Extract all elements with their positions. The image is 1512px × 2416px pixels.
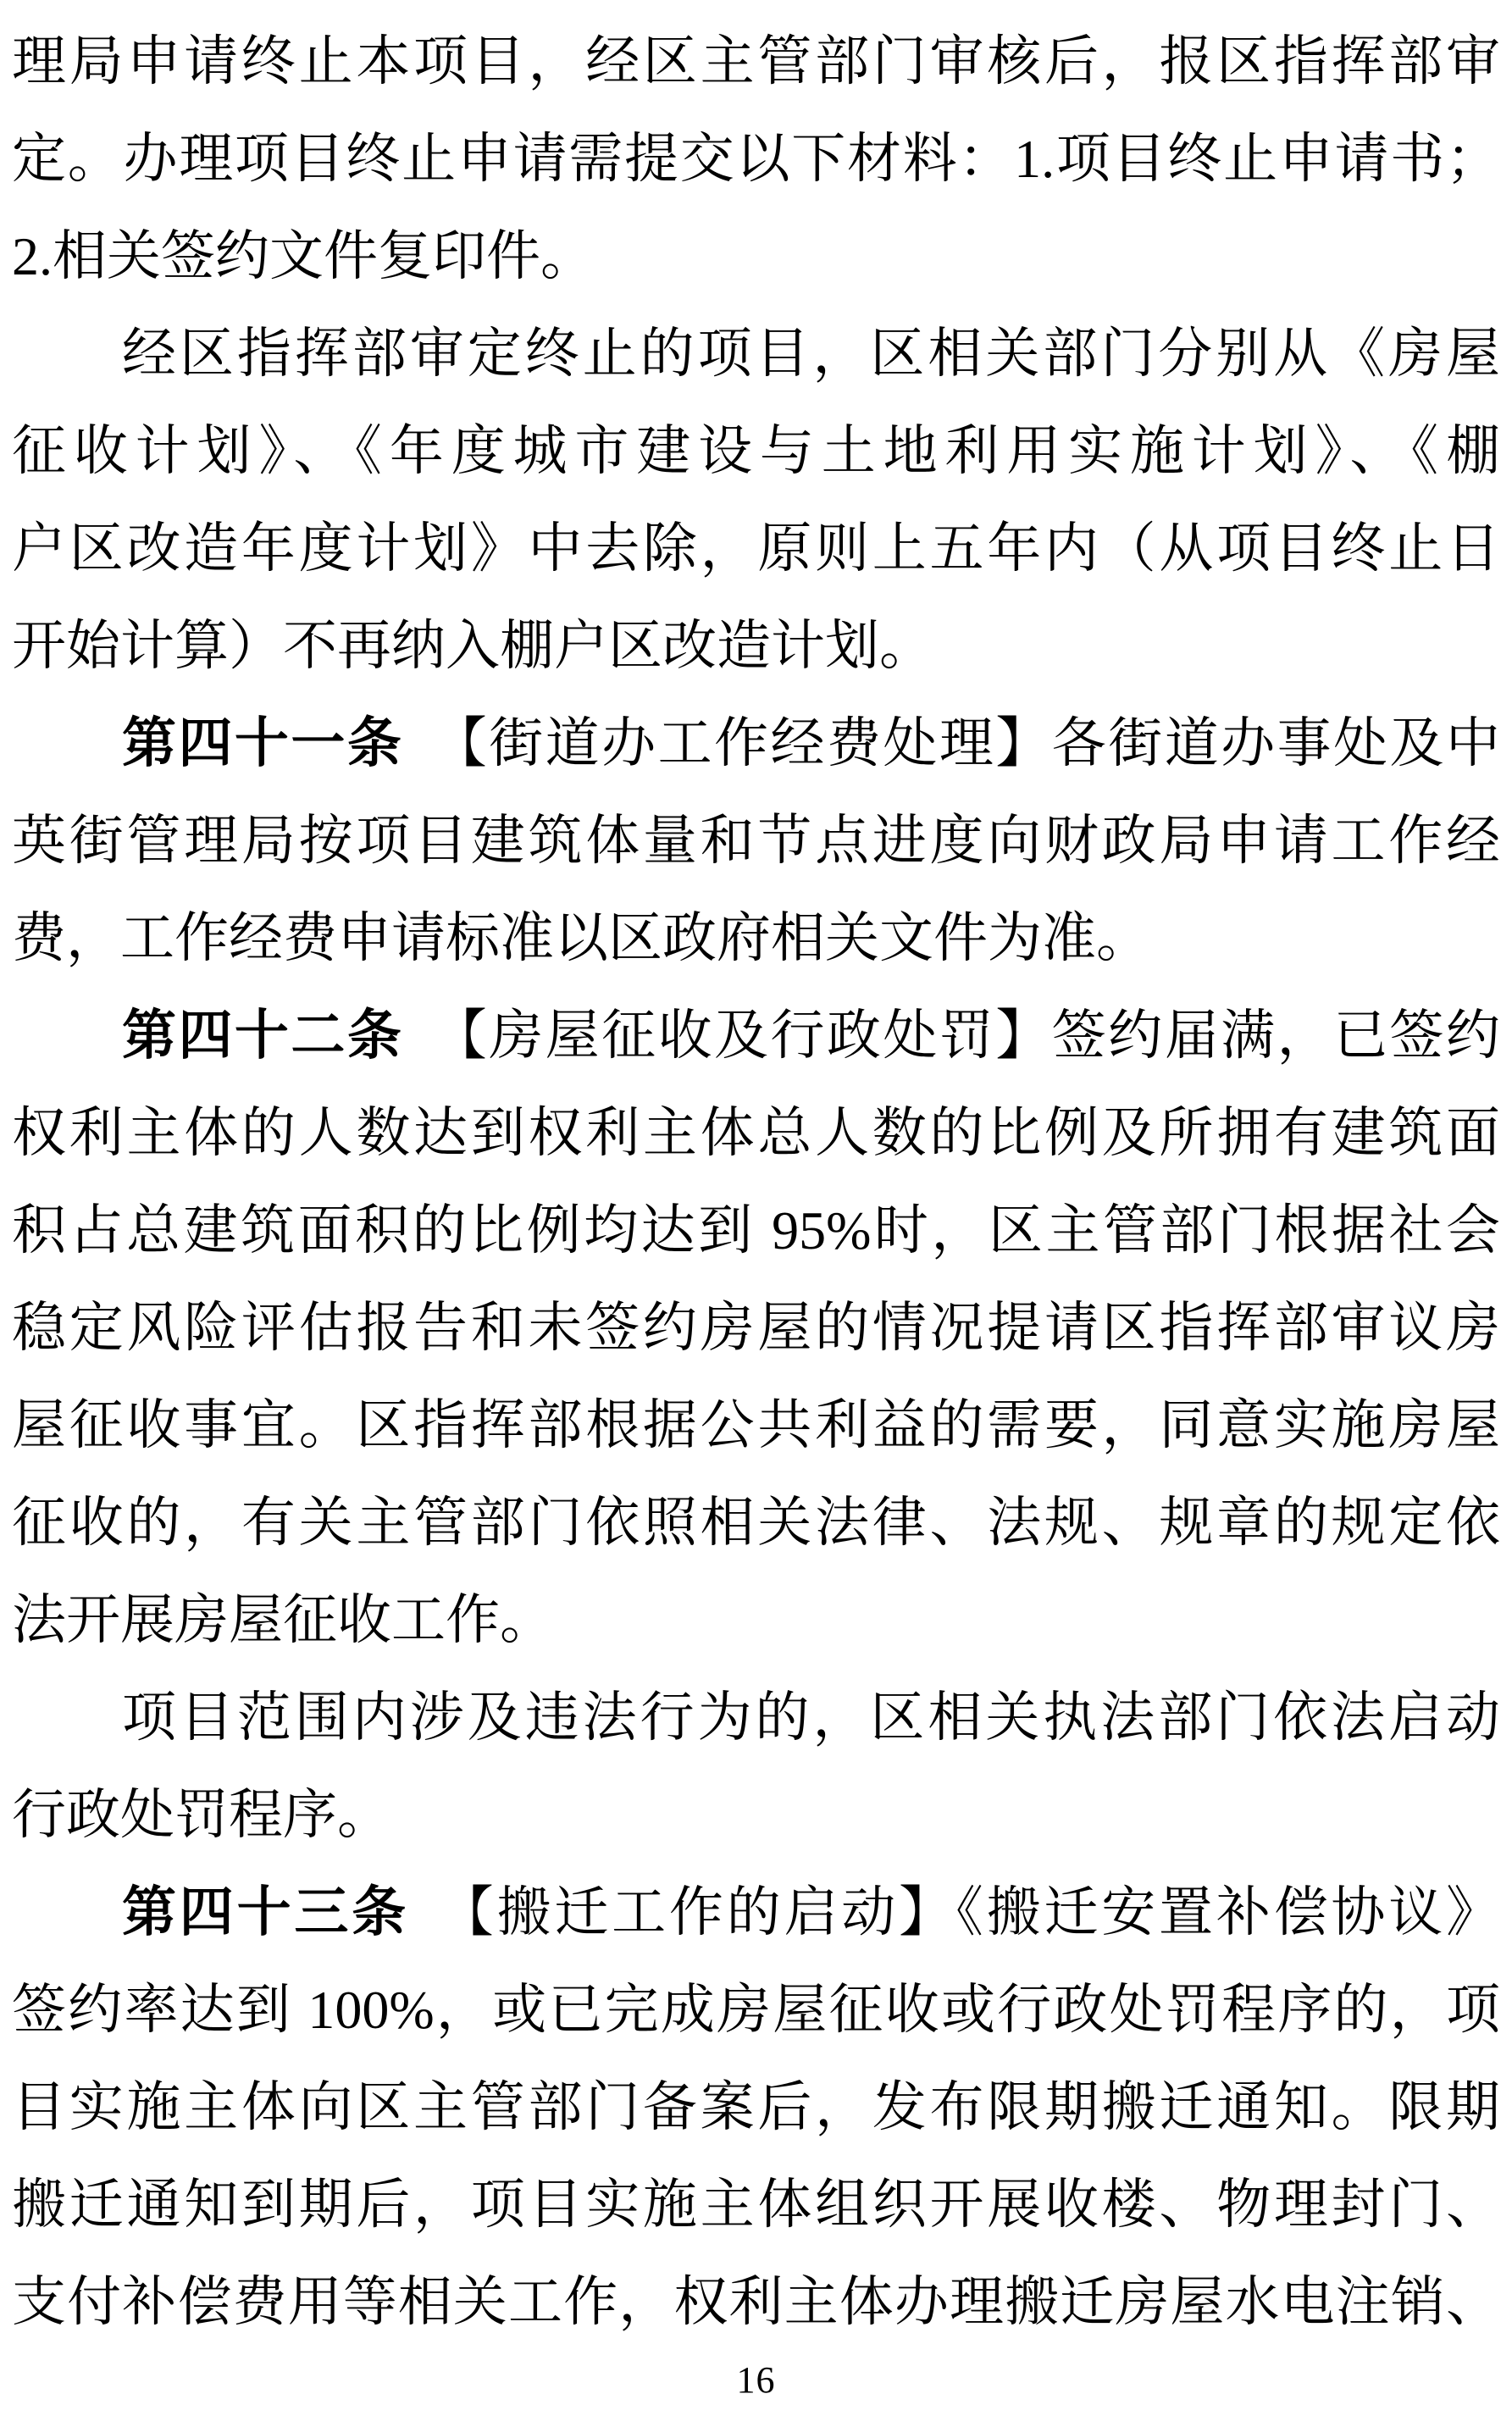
text-segment: 定。办理项目终止申请需提交以下材料：1.项目终止申请书； xyxy=(12,129,1500,189)
text-segment: 【房屋征收及行政处罚】签约届满，已签约 xyxy=(403,1006,1500,1066)
page-number: 16 xyxy=(12,2351,1500,2416)
text-line: 户区改造年度计划》中去除，原则上五年内（从项目终止日 xyxy=(12,500,1500,597)
text-segment: 英街管理局按项目建筑体量和节点进度向财政局申请工作经 xyxy=(12,811,1500,871)
text-segment: 经区指挥部审定终止的项目，区相关部门分别从《房屋 xyxy=(122,324,1500,384)
article-number: 第四十三条 xyxy=(122,1882,409,1942)
text-segment: 【搬迁工作的启动】《搬迁安置补偿协议》 xyxy=(409,1882,1500,1942)
text-segment: 目实施主体向区主管部门备案后，发布限期搬迁通知。限期 xyxy=(12,2077,1500,2137)
text-line: 征收的，有关主管部门依照相关法律、法规、规章的规定依 xyxy=(12,1474,1500,1571)
article-number: 第四十一条 xyxy=(122,713,403,773)
text-line: 费，工作经费申请标准以区政府相关文件为准。 xyxy=(12,889,1500,987)
text-line: 签约率达到 100%，或已完成房屋征收或行政处罚程序的，项 xyxy=(12,1961,1500,2059)
text-line: 屋征收事宜。区指挥部根据公共利益的需要，同意实施房屋 xyxy=(12,1377,1500,1474)
text-line: 法开展房屋征收工作。 xyxy=(12,1571,1500,1669)
text-segment: 2.相关签约文件复印件。 xyxy=(12,226,595,286)
text-segment: 理局申请终止本项目，经区主管部门审核后，报区指挥部审 xyxy=(12,31,1500,91)
text-line: 搬迁通知到期后，项目实施主体组织开展收楼、物理封门、 xyxy=(12,2156,1500,2253)
text-segment: 户区改造年度计划》中去除，原则上五年内（从项目终止日 xyxy=(12,518,1500,579)
text-segment: 征收的，有关主管部门依照相关法律、法规、规章的规定依 xyxy=(12,1493,1500,1553)
text-segment: 积占总建筑面积的比例均达到 95%时，区主管部门根据社会 xyxy=(12,1200,1500,1261)
text-segment: 【街道办工作经费处理】各街道办事处及中 xyxy=(403,713,1500,773)
text-line: 开始计算）不再纳入棚户区改造计划。 xyxy=(12,597,1500,695)
text-line: 第四十二条 【房屋征收及行政处罚】签约届满，已签约 xyxy=(12,987,1500,1084)
text-line: 英街管理局按项目建筑体量和节点进度向财政局申请工作经 xyxy=(12,792,1500,889)
text-line: 定。办理项目终止申请需提交以下材料：1.项目终止申请书； xyxy=(12,110,1500,208)
text-line: 征收计划》、《年度城市建设与土地利用实施计划》、《棚 xyxy=(12,402,1500,500)
text-segment: 征收计划》、《年度城市建设与土地利用实施计划》、《棚 xyxy=(12,421,1500,481)
text-segment: 支付补偿费用等相关工作，权利主体办理搬迁房屋水电注销、 xyxy=(12,2272,1500,2332)
text-segment: 费，工作经费申请标准以区政府相关文件为准。 xyxy=(12,908,1150,968)
text-line: 第四十三条 【搬迁工作的启动】《搬迁安置补偿协议》 xyxy=(12,1864,1500,1961)
text-line: 支付补偿费用等相关工作，权利主体办理搬迁房屋水电注销、 xyxy=(12,2253,1500,2351)
text-line: 项目范围内涉及违法行为的，区相关执法部门依法启动 xyxy=(12,1669,1500,1766)
text-line: 理局申请终止本项目，经区主管部门审核后，报区指挥部审 xyxy=(12,13,1500,110)
text-line: 行政处罚程序。 xyxy=(12,1766,1500,1864)
text-segment: 法开展房屋征收工作。 xyxy=(12,1590,554,1650)
text-line: 目实施主体向区主管部门备案后，发布限期搬迁通知。限期 xyxy=(12,2059,1500,2156)
text-segment: 稳定风险评估报告和未签约房屋的情况提请区指挥部审议房 xyxy=(12,1298,1500,1358)
document-page: 理局申请终止本项目，经区主管部门审核后，报区指挥部审定。办理项目终止申请需提交以… xyxy=(0,0,1512,2416)
article-number: 第四十二条 xyxy=(122,1006,403,1066)
text-line: 积占总建筑面积的比例均达到 95%时，区主管部门根据社会 xyxy=(12,1182,1500,1279)
text-segment: 开始计算）不再纳入棚户区改造计划。 xyxy=(12,616,933,676)
text-segment: 搬迁通知到期后，项目实施主体组织开展收楼、物理封门、 xyxy=(12,2175,1500,2235)
text-line: 权利主体的人数达到权利主体总人数的比例及所拥有建筑面 xyxy=(12,1084,1500,1182)
text-segment: 行政处罚程序。 xyxy=(12,1785,391,1845)
text-segment: 权利主体的人数达到权利主体总人数的比例及所拥有建筑面 xyxy=(12,1103,1500,1163)
text-line: 第四十一条 【街道办工作经费处理】各街道办事处及中 xyxy=(12,695,1500,792)
text-segment: 屋征收事宜。区指挥部根据公共利益的需要，同意实施房屋 xyxy=(12,1395,1500,1455)
text-line: 2.相关签约文件复印件。 xyxy=(12,208,1500,305)
text-segment: 签约率达到 100%，或已完成房屋征收或行政处罚程序的，项 xyxy=(12,1980,1500,2040)
text-segment: 项目范围内涉及违法行为的，区相关执法部门依法启动 xyxy=(122,1687,1500,1748)
text-body: 理局申请终止本项目，经区主管部门审核后，报区指挥部审定。办理项目终止申请需提交以… xyxy=(12,13,1500,2351)
text-line: 稳定风险评估报告和未签约房屋的情况提请区指挥部审议房 xyxy=(12,1279,1500,1377)
text-line: 经区指挥部审定终止的项目，区相关部门分别从《房屋 xyxy=(12,305,1500,402)
